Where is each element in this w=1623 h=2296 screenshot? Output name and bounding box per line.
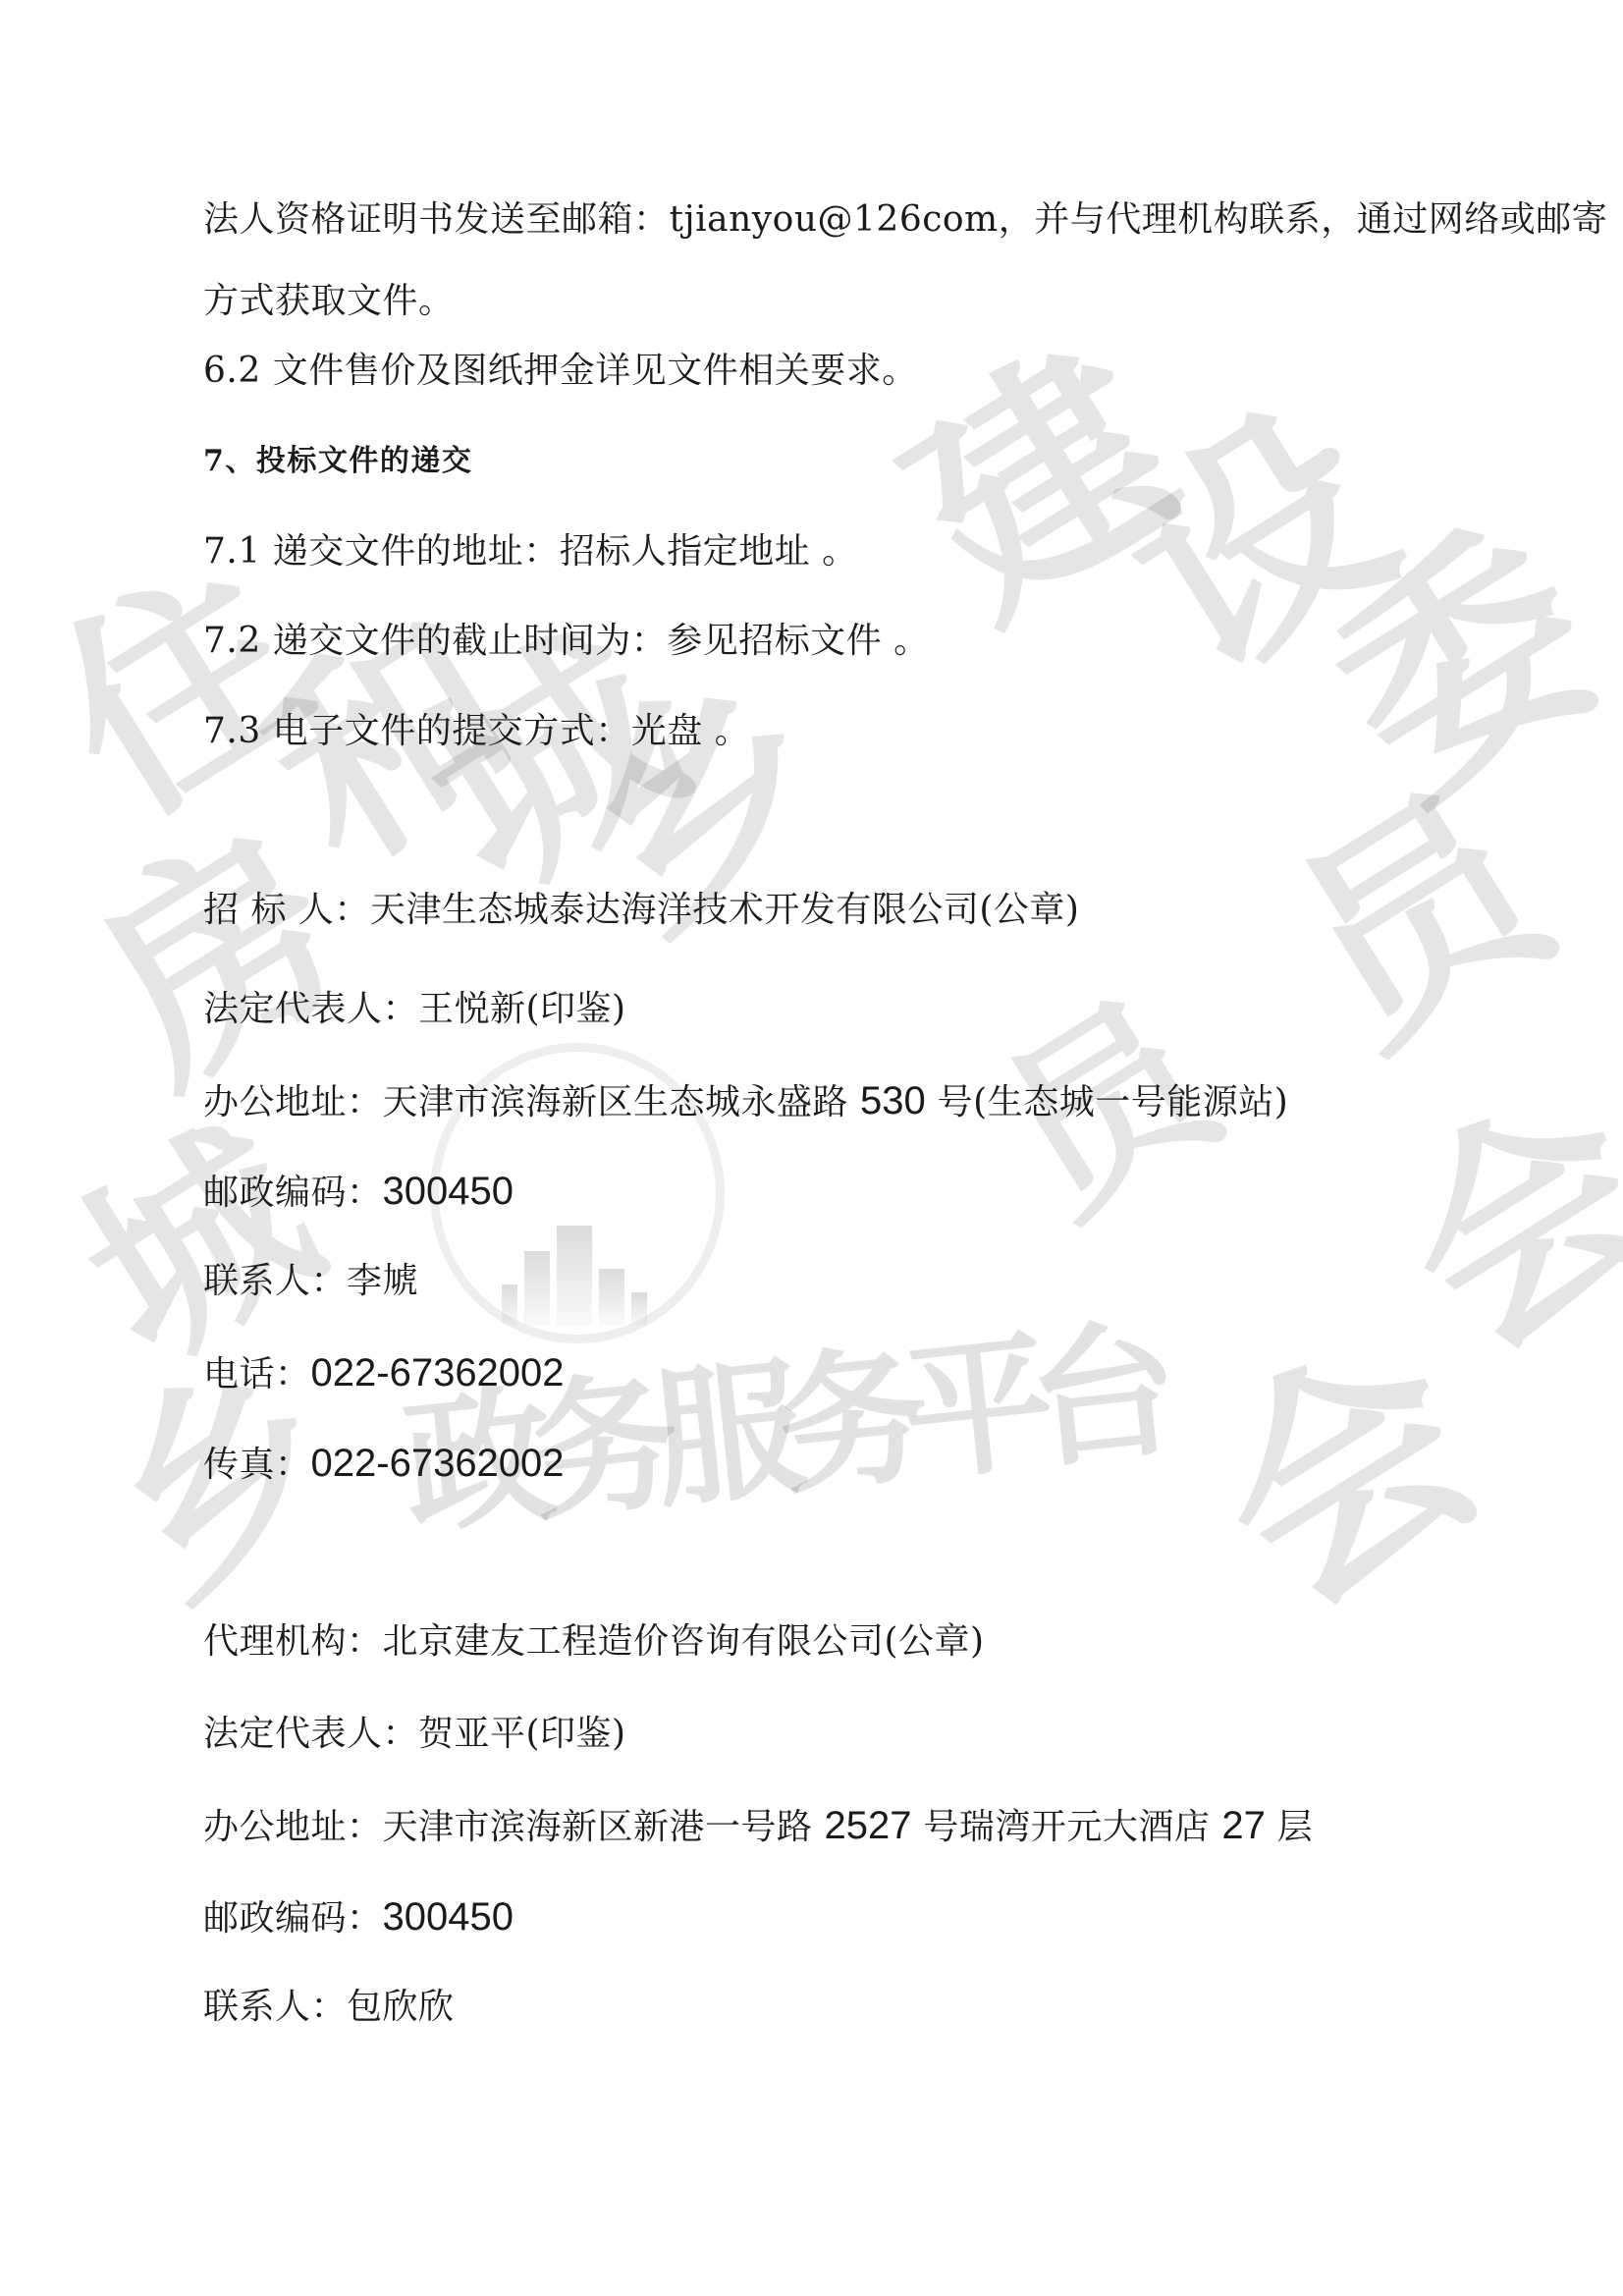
building-bar bbox=[524, 1251, 550, 1326]
floor-number: 27 bbox=[1221, 1804, 1266, 1847]
line-text: 7.3 电子文件的提交方式：光盘 。 bbox=[203, 711, 750, 751]
postcode-value: 300450 bbox=[383, 1170, 514, 1213]
building-bar bbox=[557, 1226, 592, 1326]
phone-number: 022-67362002 bbox=[311, 1351, 565, 1394]
section-7-1-line: 7.1 递交文件的地址：招标人指定地址 。 bbox=[203, 530, 858, 573]
section-7-heading: 7、投标文件的递交 bbox=[203, 444, 472, 479]
postcode-value: 300450 bbox=[383, 1895, 514, 1939]
agency-postcode-line: 邮政编码：300450 bbox=[203, 1893, 514, 1941]
line-text: 联系人：李虓 bbox=[203, 1261, 418, 1301]
line-text: 联系人：包欣欣 bbox=[203, 1987, 455, 2027]
email-instruction-line: 法人资格证明书发送至邮箱：tjianyou@126com，并与代理机构联系，通过… bbox=[203, 198, 1607, 241]
watermark-char: 会 bbox=[1371, 1066, 1623, 1385]
address-number: 2527 bbox=[824, 1804, 911, 1847]
line-text: 号(生态城一号能源站) bbox=[926, 1082, 1289, 1122]
line-text: ，并与代理机构联系，通过网络或邮寄 bbox=[999, 199, 1608, 240]
tenderer-address-line: 办公地址：天津市滨海新区生态城永盛路 530 号(生态城一号能源站) bbox=[203, 1077, 1288, 1124]
tenderer-fax-line: 传真：022-67362002 bbox=[203, 1440, 565, 1487]
line-text: 法定代表人：王悦新(印鉴) bbox=[203, 989, 626, 1029]
building-bar bbox=[599, 1269, 624, 1326]
section-7-2-line: 7.2 递交文件的截止时间为：参见招标文件 。 bbox=[203, 620, 930, 662]
line-text: 招 标 人：天津生态城泰达海洋技术开发有限公司(公章) bbox=[203, 890, 1079, 930]
heading-text: 7、投标文件的递交 bbox=[203, 444, 472, 478]
tenderer-phone-line: 电话：022-67362002 bbox=[203, 1349, 565, 1396]
building-in-circle-icon bbox=[496, 1216, 653, 1326]
address-number: 530 bbox=[860, 1079, 926, 1122]
line-text: 电话： bbox=[203, 1354, 311, 1394]
agency-contact-line: 联系人：包欣欣 bbox=[203, 1986, 455, 2028]
line-text: 办公地址：天津市滨海新区生态城永盛路 bbox=[203, 1082, 860, 1122]
watermark-char: 城 bbox=[53, 1099, 344, 1390]
building-bar bbox=[631, 1292, 647, 1326]
line-text: 传真： bbox=[203, 1445, 311, 1485]
line-text: 法人资格证明书发送至邮箱： bbox=[203, 199, 670, 240]
line-text: 邮政编码： bbox=[203, 1173, 383, 1213]
tenderer-legal-rep-line: 法定代表人：王悦新(印鉴) bbox=[203, 988, 626, 1030]
line-text: 方式获取文件。 bbox=[203, 281, 455, 321]
tenderer-name-line: 招 标 人：天津生态城泰达海洋技术开发有限公司(公章) bbox=[203, 889, 1079, 931]
section-7-3-line: 7.3 电子文件的提交方式：光盘 。 bbox=[203, 710, 750, 752]
watermark-char: 会 bbox=[1182, 1310, 1514, 1642]
agency-name-line: 代理机构：北京建友工程造价咨询有限公司(公章) bbox=[203, 1620, 985, 1663]
email-address: tjianyou@126com bbox=[670, 199, 999, 240]
fax-number: 022-67362002 bbox=[311, 1442, 565, 1485]
line-text: 号瑞湾开元大酒店 bbox=[911, 1807, 1221, 1847]
line-text: 7.2 递交文件的截止时间为：参见招标文件 。 bbox=[203, 621, 930, 661]
obtain-method-line: 方式获取文件。 bbox=[203, 280, 455, 322]
line-text: 代理机构：北京建友工程造价咨询有限公司(公章) bbox=[203, 1621, 985, 1662]
line-text: 办公地址：天津市滨海新区新港一号路 bbox=[203, 1807, 824, 1847]
section-6-2-line: 6.2 文件售价及图纸押金详见文件相关要求。 bbox=[203, 350, 918, 392]
tenderer-contact-line: 联系人：李虓 bbox=[203, 1260, 418, 1302]
agency-legal-rep-line: 法定代表人：贺亚平(印鉴) bbox=[203, 1713, 626, 1755]
building-bar bbox=[502, 1285, 517, 1326]
line-text: 层 bbox=[1266, 1807, 1313, 1847]
line-text: 6.2 文件售价及图纸押金详见文件相关要求。 bbox=[203, 351, 918, 391]
watermark-char: 员 bbox=[1263, 762, 1581, 1080]
agency-address-line: 办公地址：天津市滨海新区新港一号路 2527 号瑞湾开元大酒店 27 层 bbox=[203, 1802, 1313, 1849]
document-page: 住 房 和 城 乡 建 设 委 员 会 员 会 城 乡 政务服务平台 法人资格证… bbox=[0, 0, 1623, 2296]
tenderer-postcode-line: 邮政编码：300450 bbox=[203, 1168, 514, 1215]
line-text: 7.1 递交文件的地址：招标人指定地址 。 bbox=[203, 531, 858, 572]
line-text: 邮政编码： bbox=[203, 1898, 383, 1939]
line-text: 法定代表人：贺亚平(印鉴) bbox=[203, 1714, 626, 1754]
